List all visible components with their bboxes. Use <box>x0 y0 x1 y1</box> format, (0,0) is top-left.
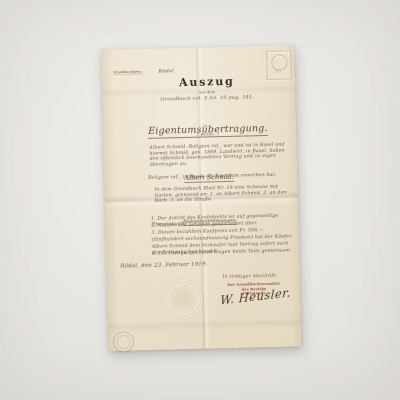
document-title: Auszug <box>132 74 282 91</box>
body-paragraph-2: In dem Grundbuch Blatt Nr. 19 eine Scheu… <box>154 184 292 204</box>
round-ink-stamp <box>112 330 135 353</box>
attestation-line: In richtiger Abschrift: <box>223 274 278 280</box>
register-district-field: Grundbuchkreis: Rödel <box>113 57 203 78</box>
place-date-line: Rödel, den 23. Februar 1919. <box>120 261 208 269</box>
document-sheet: Grundbuchkreis: Rödel 10 Auszug aus dem … <box>101 45 301 351</box>
register-district-label: Grundbuchkreis: <box>114 70 143 75</box>
register-district-value: Rödel <box>158 68 174 74</box>
register-reference-line: Grundbuch vol. 4 fol. 19 pag. 341. <box>132 94 282 104</box>
photograph-backdrop: Grundbuchkreis: Rödel 10 Auszug aus dem … <box>0 0 400 400</box>
embossed-official-seal <box>164 280 203 319</box>
